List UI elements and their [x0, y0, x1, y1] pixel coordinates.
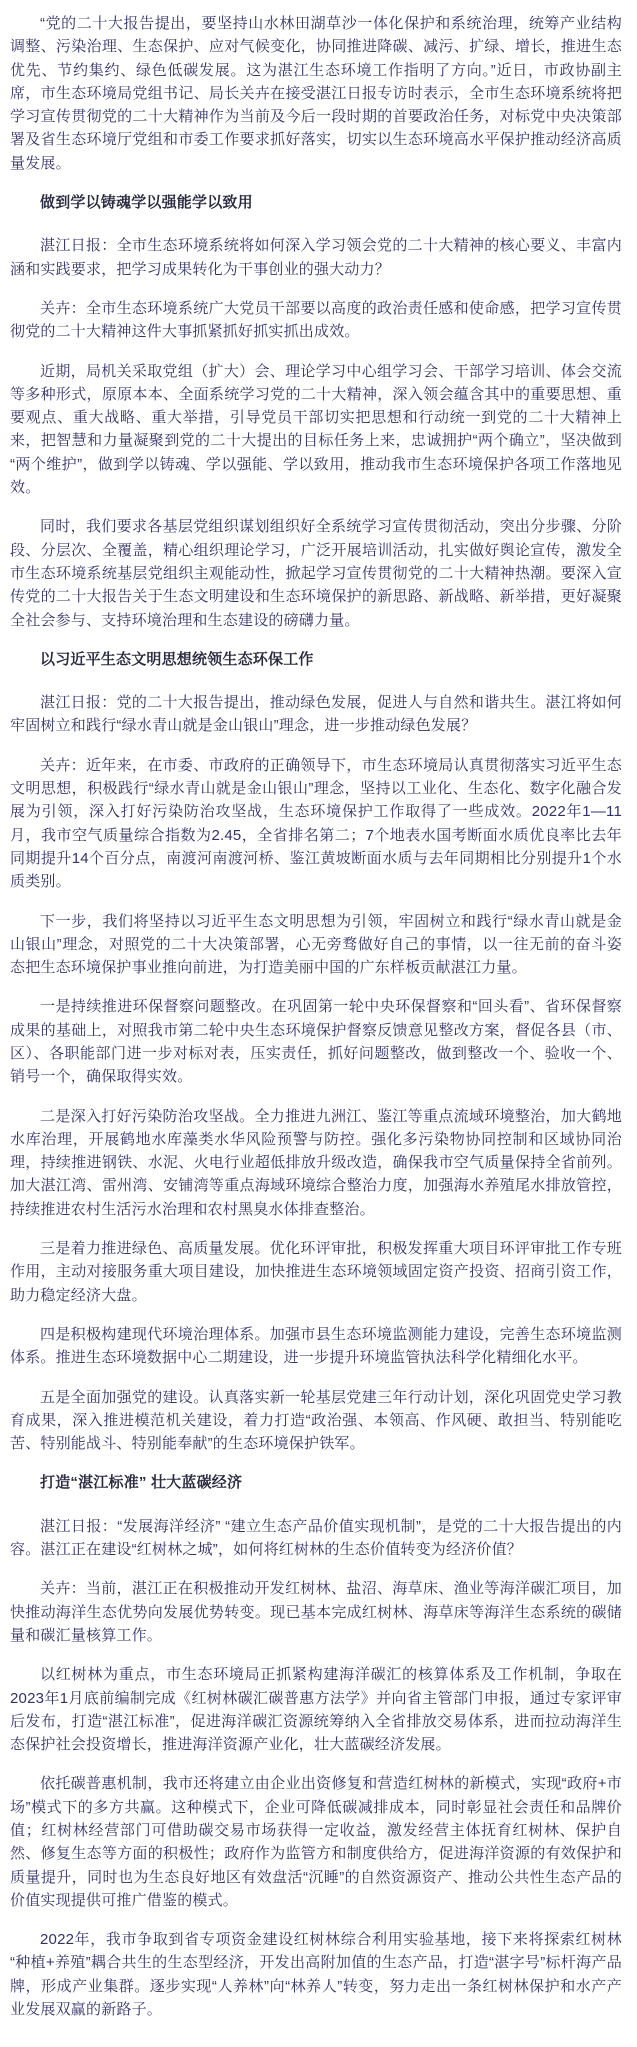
paragraph: 湛江日报：党的二十大报告提出，推动绿色发展，促进人与自然和谐共生。湛江将如何牢固…: [10, 691, 622, 738]
paragraph: “党的二十大报告提出，要坚持山水林田湖草沙一体化保护和系统治理，统筹产业结构调整…: [10, 12, 622, 175]
section-heading: 打造“湛江标准” 壮大蓝碳经济: [10, 1471, 622, 1494]
paragraph: 关卉：当前，湛江正在积极推动开发红树林、盐沼、海草床、渔业等海洋碳汇项目，加快推…: [10, 1577, 622, 1647]
paragraph: 湛江日报：“发展海洋经济” “建立生态产品价值实现机制”，是党的二十大报告提出的…: [10, 1515, 622, 1562]
paragraph: 四是积极构建现代环境治理体系。加强市县生态环境监测能力建设，完善生态环境监测体系…: [10, 1323, 622, 1370]
paragraph: 关卉：近年来，在市委、市政府的正确领导下，市生态环境局认真贯彻落实习近平生态文明…: [10, 754, 622, 894]
article-page: “党的二十大报告提出，要坚持山水林田湖草沙一体化保护和系统治理，统筹产业结构调整…: [0, 0, 637, 2047]
paragraph: 三是着力推进绿色、高质量发展。优化环评审批，积极发挥重大项目环评审批工作专班作用…: [10, 1237, 622, 1307]
paragraph: 一是持续推进环保督察问题整改。在巩固第一轮中央环保督察和“回头看”、省环保督察成…: [10, 995, 622, 1088]
paragraph: 近期，局机关采取党组（扩大）会、理论学习中心组学习会、干部学习培训、体会交流等多…: [10, 360, 622, 500]
section-heading: 以习近平生态文明思想统领生态环保工作: [10, 648, 622, 671]
paragraph: 依托碳普惠机制，我市还将建立由企业出资修复和营造红树林的新模式，实现“政府+市场…: [10, 1772, 622, 1912]
paragraph: 二是深入打好污染防治攻坚战。全力推进九洲江、鉴江等重点流域环境整治，加大鹤地水库…: [10, 1105, 622, 1221]
paragraph: 以红树林为重点，市生态环境局正抓紧构建海洋碳汇的核算体系及工作机制，争取在202…: [10, 1663, 622, 1756]
paragraph: 五是全面加强党的建设。认真落实新一轮基层党建三年行动计划，深化巩固党史学习教育成…: [10, 1386, 622, 1456]
paragraph: 同时，我们要求各基层党组织谋划组织好全系统学习宣传贯彻活动，突出分步骤、分阶段、…: [10, 515, 622, 631]
section-heading: 做到学以铸魂学以强能学以致用: [10, 191, 622, 214]
paragraph: 下一步，我们将坚持以习近平生态文明思想为引领，牢固树立和践行“绿水青山就是金山银…: [10, 910, 622, 980]
paragraph: 2022年，我市争取到省专项资金建设红树林综合利用实验基地，接下来将探索红树林“…: [10, 1928, 622, 2021]
paragraph: 湛江日报：全市生态环境系统将如何深入学习领会党的二十大精神的核心要义、丰富内涵和…: [10, 234, 622, 281]
article-body: “党的二十大报告提出，要坚持山水林田湖草沙一体化保护和系统治理，统筹产业结构调整…: [10, 12, 622, 2021]
paragraph: 关卉：全市生态环境系统广大党员干部要以高度的政治责任感和使命感，把学习宣传贯彻党…: [10, 297, 622, 344]
